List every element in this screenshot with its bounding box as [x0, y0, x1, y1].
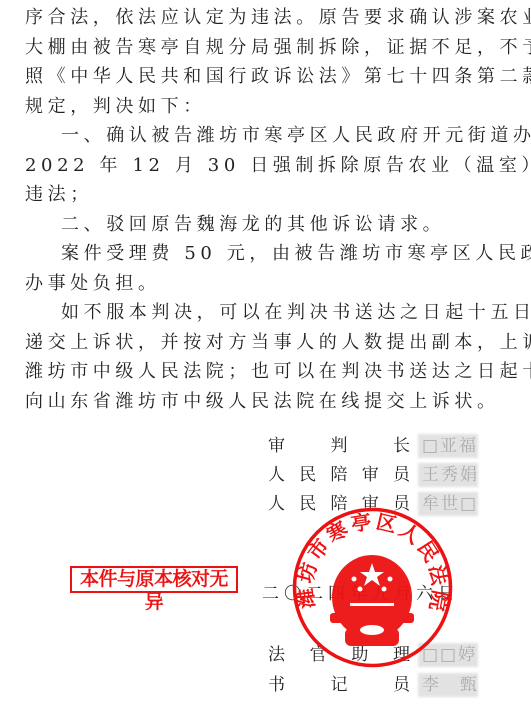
redaction-mask [418, 463, 478, 487]
signatory-name: □□婷 [422, 645, 477, 665]
signature-row: 人民陪审员王秀娟 [268, 465, 479, 485]
redaction-mask [418, 492, 478, 516]
paragraph-line: 二、驳回原告魏海龙的其他诉讼请求。 [61, 214, 531, 236]
role-char: 书 [268, 675, 285, 695]
role-char: 记 [331, 675, 348, 695]
signature-role: 法官助理 [268, 645, 410, 665]
role-char: 长 [393, 436, 410, 456]
role-char: 员 [393, 494, 410, 514]
signature-row: 法官助理□□婷 [268, 645, 477, 665]
signature-row: 书记员李 甄 [268, 675, 479, 695]
paragraph-line: 办事处负担。 [25, 273, 515, 295]
role-char: 员 [393, 465, 410, 485]
signatory-name: 牟世□ [422, 494, 478, 514]
paragraph-line: 违法； [25, 184, 515, 206]
paragraph-line: 照《中华人民共和国行政诉讼法》第七十四条第二款第一项之 [25, 66, 515, 88]
role-char: 陪 [331, 494, 348, 514]
role-char: 法 [268, 645, 285, 665]
paragraph-line: 案件受理费 50 元，由被告潍坊市寒亭区人民政府开元街道 [61, 243, 531, 265]
verification-stamp: 本件与原本核对无异 [70, 566, 238, 593]
role-char: 陪 [331, 465, 348, 485]
role-char: 民 [299, 494, 316, 514]
role-char: 助 [351, 645, 368, 665]
paragraph-line: 向山东省潍坊市中级人民法院在线提交上诉状。 [25, 391, 515, 413]
paragraph-line: 潍坊市中级人民法院；也可以在判决书送达之日起十五日内， [25, 361, 515, 383]
signature-row: 人民陪审员牟世□ [268, 494, 478, 514]
redaction-mask [418, 643, 478, 667]
role-char: 员 [393, 675, 410, 695]
role-char: 人 [268, 494, 285, 514]
role-char: 审 [362, 465, 379, 485]
signatory-name: □亚福 [422, 436, 478, 456]
role-char: 判 [331, 436, 348, 456]
role-char: 审 [362, 494, 379, 514]
paragraph-line: 大棚由被告寒亭自规分局强制拆除，证据不足，不予支持。依 [25, 37, 515, 59]
signatory-name: 王秀娟 [422, 465, 479, 485]
role-char: 人 [268, 465, 285, 485]
paragraph-line: 一、确认被告潍坊市寒亭区人民政府开元街道办事处于 [61, 125, 531, 147]
role-char: 官 [310, 645, 327, 665]
redaction-mask [418, 434, 478, 458]
role-char: 审 [268, 436, 285, 456]
signature-role: 审判长 [268, 436, 410, 456]
signature-role: 人民陪审员 [268, 494, 410, 514]
paragraph-line: 如不服本判决，可以在判决书送达之日起十五日内向本院 [61, 302, 531, 324]
paragraph-line: 序合法，依法应认定为违法。原告要求确认涉案农业（温室） [25, 7, 515, 29]
role-char: 理 [393, 645, 410, 665]
signature-row: 审判长□亚福 [268, 436, 478, 456]
redaction-mask [418, 673, 478, 697]
paragraph-line: 规定，判决如下： [25, 96, 515, 118]
paragraph-line: 2022 年 12 月 30 日强制拆除原告农业（温室）大棚的行政行为 [25, 155, 515, 177]
role-char: 民 [299, 465, 316, 485]
judgment-date: 二〇二四年九月六日 [262, 579, 460, 604]
paragraph-line: 递交上诉状，并按对方当事人的人数提出副本，上诉于山东省 [25, 332, 515, 354]
signatory-name: 李 甄 [422, 675, 479, 695]
signature-role: 人民陪审员 [268, 465, 410, 485]
signature-role: 书记员 [268, 675, 410, 695]
